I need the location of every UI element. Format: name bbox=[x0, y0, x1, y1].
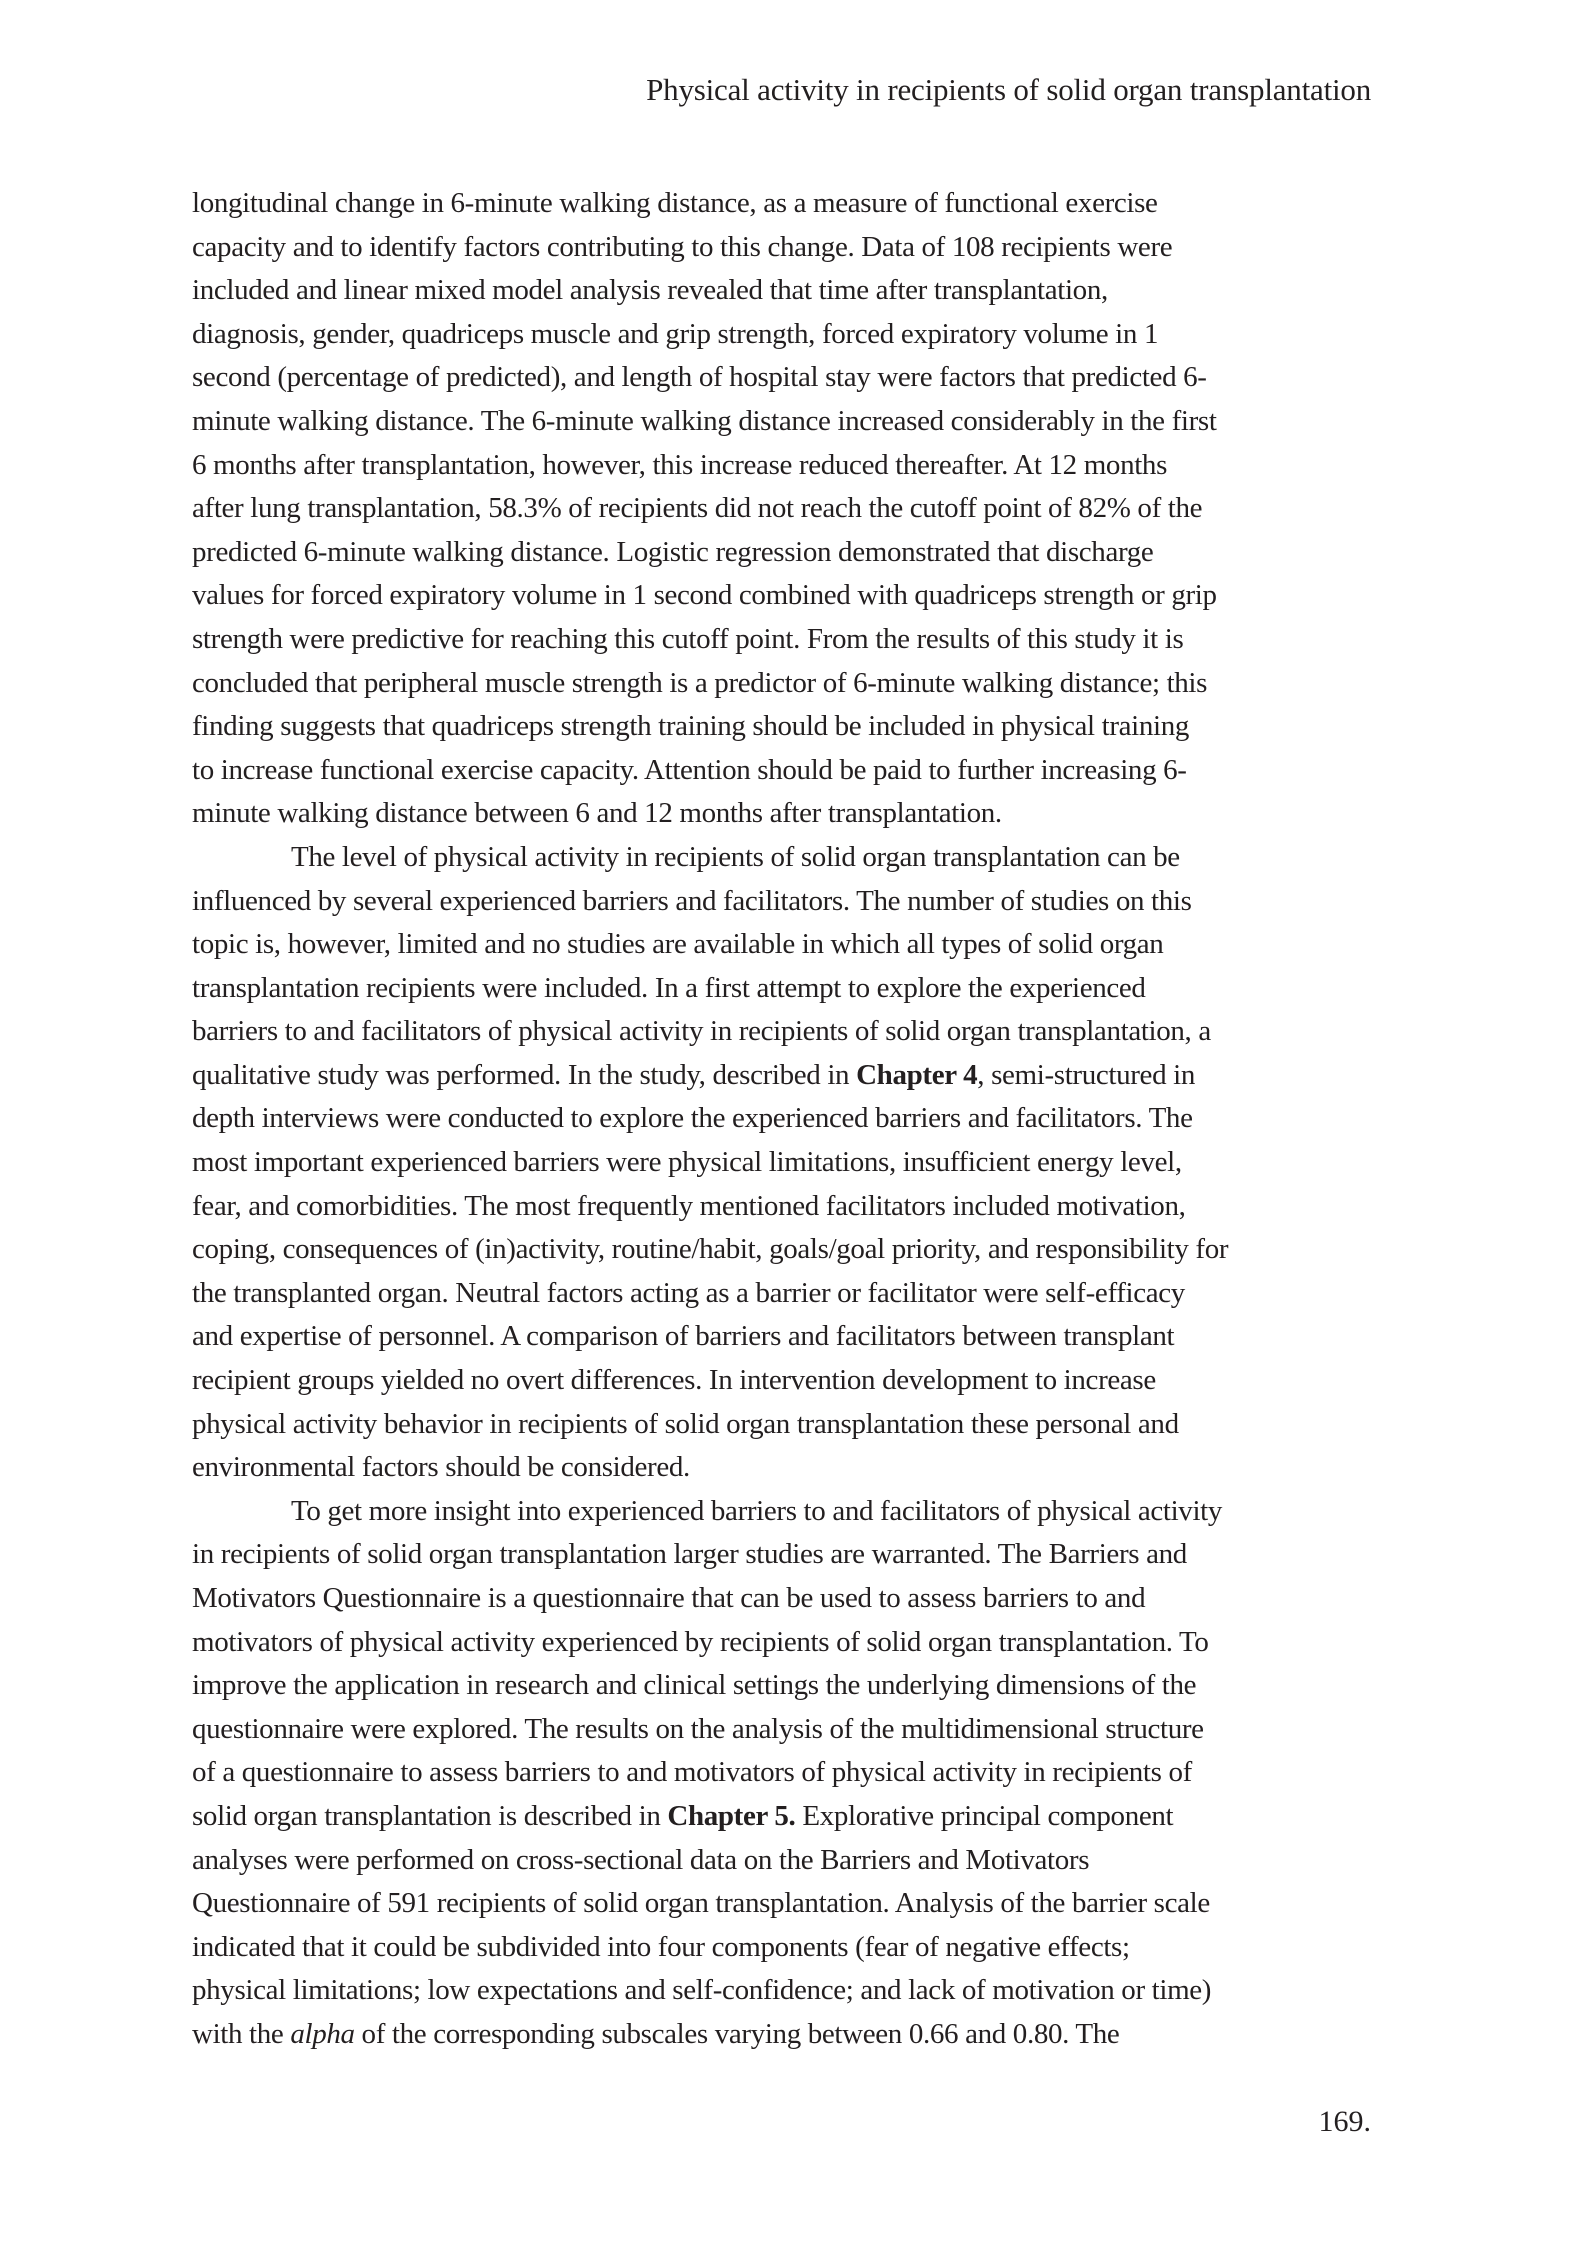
text-fragment: of the corresponding subscales varying b… bbox=[355, 2018, 1120, 2050]
text-line: barriers to and facilitators of physical… bbox=[192, 1010, 1382, 1054]
text-line: longitudinal change in 6-minute walking … bbox=[192, 182, 1382, 226]
text-line: most important experienced barriers were… bbox=[192, 1141, 1382, 1185]
text-line: predicted 6-minute walking distance. Log… bbox=[192, 531, 1382, 575]
paragraph-6mwd-study: longitudinal change in 6-minute walking … bbox=[192, 182, 1382, 836]
text-line: indicated that it could be subdivided in… bbox=[192, 1926, 1382, 1970]
text-line: Questionnaire of 591 recipients of solid… bbox=[192, 1882, 1382, 1926]
text-line: and expertise of personnel. A comparison… bbox=[192, 1315, 1382, 1359]
text-fragment: solid organ transplantation is described… bbox=[192, 1800, 667, 1832]
text-line: physical limitations; low expectations a… bbox=[192, 1969, 1382, 2013]
body-text: longitudinal change in 6-minute walking … bbox=[192, 182, 1382, 2057]
running-header-title: Physical activity in recipients of solid… bbox=[646, 74, 1371, 105]
text-line: diagnosis, gender, quadriceps muscle and… bbox=[192, 313, 1382, 357]
text-line: depth interviews were conducted to explo… bbox=[192, 1097, 1382, 1141]
text-line: influenced by several experienced barrie… bbox=[192, 880, 1382, 924]
text-fragment: Explorative principal component bbox=[795, 1800, 1173, 1832]
text-line: questionnaire were explored. The results… bbox=[192, 1708, 1382, 1752]
text-line: physical activity behavior in recipients… bbox=[192, 1403, 1382, 1447]
text-line: environmental factors should be consider… bbox=[192, 1446, 1382, 1490]
text-line: analyses were performed on cross-section… bbox=[192, 1839, 1382, 1883]
text-line: To get more insight into experienced bar… bbox=[192, 1490, 1382, 1534]
text-line: topic is, however, limited and no studie… bbox=[192, 923, 1382, 967]
chapter-4-reference: Chapter 4 bbox=[856, 1059, 977, 1091]
text-line: second (percentage of predicted), and le… bbox=[192, 356, 1382, 400]
page-number: 169. bbox=[1319, 2107, 1372, 2137]
text-fragment: with the bbox=[192, 2018, 290, 2050]
text-line: minute walking distance. The 6-minute wa… bbox=[192, 400, 1382, 444]
text-line: minute walking distance between 6 and 12… bbox=[192, 792, 1382, 836]
text-line-with-chapter-ref: qualitative study was performed. In the … bbox=[192, 1054, 1382, 1098]
text-line: included and linear mixed model analysis… bbox=[192, 269, 1382, 313]
text-line: fear, and comorbidities. The most freque… bbox=[192, 1185, 1382, 1229]
chapter-5-reference: Chapter 5. bbox=[667, 1800, 795, 1832]
text-line-with-chapter-ref: solid organ transplantation is described… bbox=[192, 1795, 1382, 1839]
text-line: improve the application in research and … bbox=[192, 1664, 1382, 1708]
text-line: 6 months after transplantation, however,… bbox=[192, 444, 1382, 488]
text-line: strength were predictive for reaching th… bbox=[192, 618, 1382, 662]
text-line: of a questionnaire to assess barriers to… bbox=[192, 1751, 1382, 1795]
alpha-italic-term: alpha bbox=[290, 2018, 354, 2050]
text-line: concluded that peripheral muscle strengt… bbox=[192, 662, 1382, 706]
text-fragment: qualitative study was performed. In the … bbox=[192, 1059, 856, 1091]
text-line: transplantation recipients were included… bbox=[192, 967, 1382, 1011]
text-line: to increase functional exercise capacity… bbox=[192, 749, 1382, 793]
text-line: the transplanted organ. Neutral factors … bbox=[192, 1272, 1382, 1316]
text-fragment: , semi-structured in bbox=[977, 1059, 1195, 1091]
text-line: after lung transplantation, 58.3% of rec… bbox=[192, 487, 1382, 531]
text-line: values for forced expiratory volume in 1… bbox=[192, 574, 1382, 618]
text-line: Motivators Questionnaire is a questionna… bbox=[192, 1577, 1382, 1621]
text-line: finding suggests that quadriceps strengt… bbox=[192, 705, 1382, 749]
paragraph-chapter-5-questionnaire: To get more insight into experienced bar… bbox=[192, 1490, 1382, 2057]
text-line: recipient groups yielded no overt differ… bbox=[192, 1359, 1382, 1403]
paragraph-chapter-4-barriers: The level of physical activity in recipi… bbox=[192, 836, 1382, 1490]
text-line: The level of physical activity in recipi… bbox=[192, 836, 1382, 880]
text-line-with-italic: with the alpha of the corresponding subs… bbox=[192, 2013, 1382, 2057]
text-line: in recipients of solid organ transplanta… bbox=[192, 1533, 1382, 1577]
text-line: capacity and to identify factors contrib… bbox=[192, 226, 1382, 270]
text-line: motivators of physical activity experien… bbox=[192, 1621, 1382, 1665]
text-line: coping, consequences of (in)activity, ro… bbox=[192, 1228, 1382, 1272]
